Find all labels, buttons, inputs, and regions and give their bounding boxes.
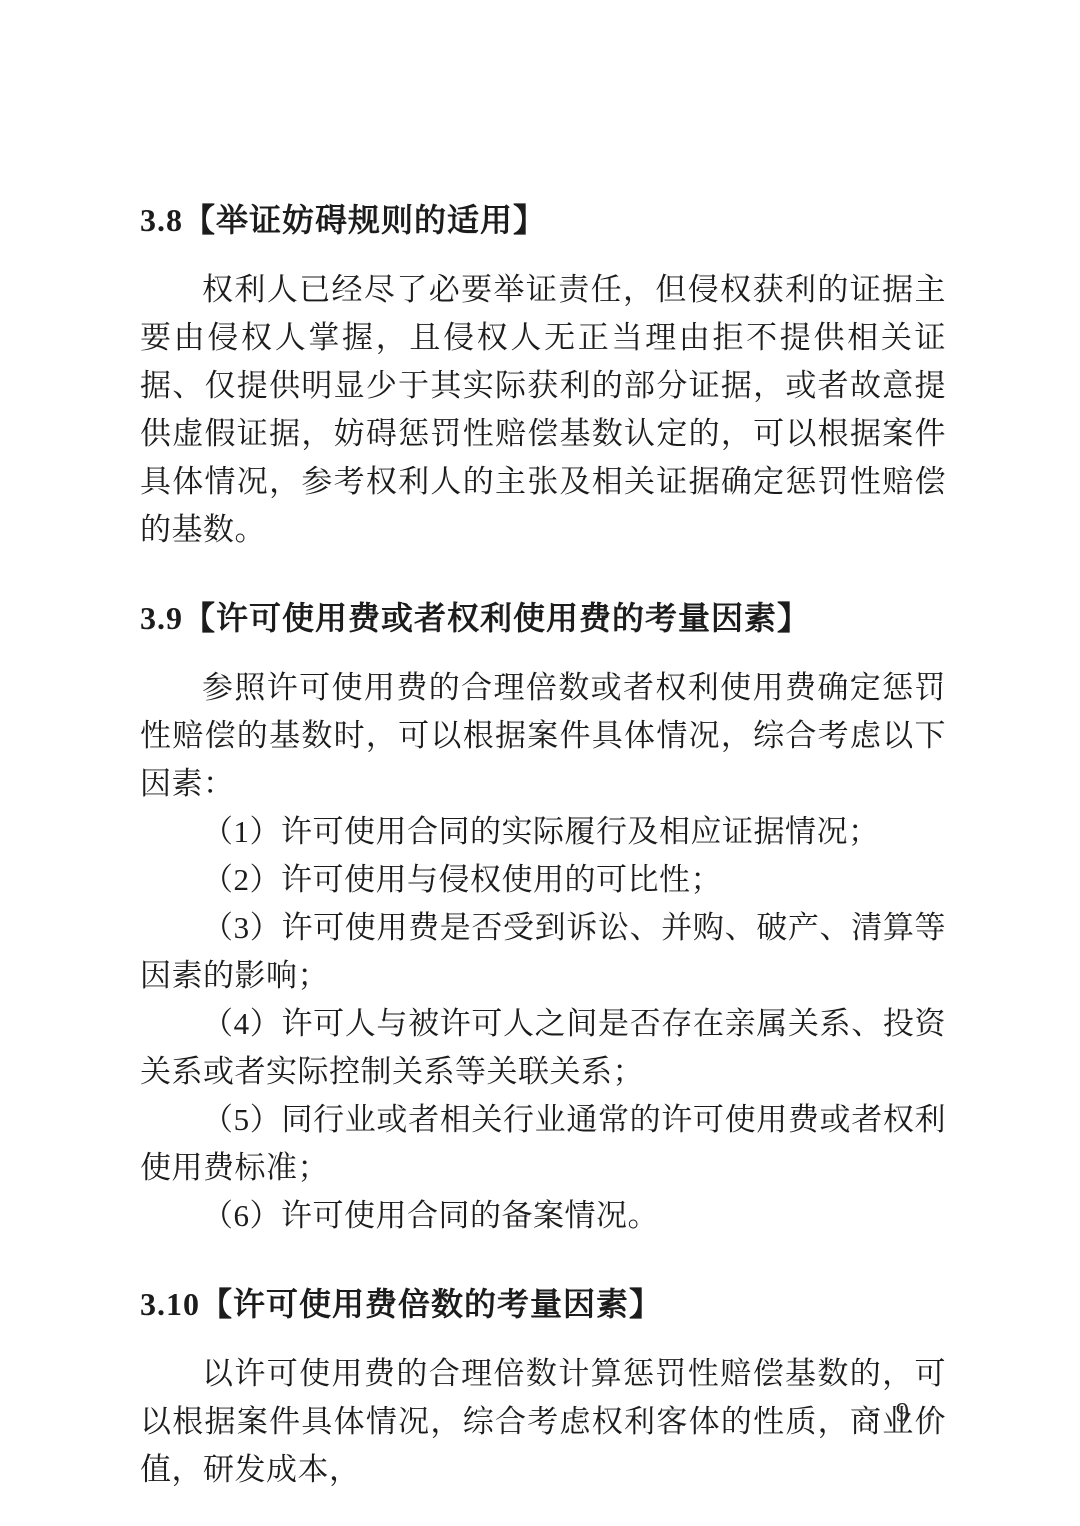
list-item: （1）许可使用合同的实际履行及相应证据情况； xyxy=(140,808,946,856)
section-heading-3-9: 3.9【许可使用费或者权利使用费的考量因素】 xyxy=(140,594,946,642)
section-3-10: 3.10【许可使用费倍数的考量因素】 以许可使用费的合理倍数计算惩罚性赔偿基数的… xyxy=(140,1280,946,1494)
factor-list: （1）许可使用合同的实际履行及相应证据情况； （2）许可使用与侵权使用的可比性；… xyxy=(140,808,946,1240)
document-page: 3.8【举证妨碍规则的适用】 权利人已经尽了必要举证责任，但侵权获利的证据主要由… xyxy=(0,0,1080,1526)
document-content: 3.8【举证妨碍规则的适用】 权利人已经尽了必要举证责任，但侵权获利的证据主要由… xyxy=(140,196,946,1494)
list-item: （6）许可使用合同的备案情况。 xyxy=(140,1192,946,1240)
paragraph: 参照许可使用费的合理倍数或者权利使用费确定惩罚性赔偿的基数时，可以根据案件具体情… xyxy=(140,664,946,808)
section-3-9: 3.9【许可使用费或者权利使用费的考量因素】 参照许可使用费的合理倍数或者权利使… xyxy=(140,594,946,1240)
paragraph: 以许可使用费的合理倍数计算惩罚性赔偿基数的，可以根据案件具体情况，综合考虑权利客… xyxy=(140,1350,946,1494)
list-item: （2）许可使用与侵权使用的可比性； xyxy=(140,856,946,904)
page-number: - 9 - xyxy=(870,1396,940,1428)
paragraph: 权利人已经尽了必要举证责任，但侵权获利的证据主要由侵权人掌握，且侵权人无正当理由… xyxy=(140,266,946,554)
list-item: （5）同行业或者相关行业通常的许可使用费或者权利使用费标准； xyxy=(140,1096,946,1192)
section-heading-3-10: 3.10【许可使用费倍数的考量因素】 xyxy=(140,1280,946,1328)
section-heading-3-8: 3.8【举证妨碍规则的适用】 xyxy=(140,196,946,244)
list-item: （4）许可人与被许可人之间是否存在亲属关系、投资关系或者实际控制关系等关联关系； xyxy=(140,1000,946,1096)
list-item: （3）许可使用费是否受到诉讼、并购、破产、清算等因素的影响； xyxy=(140,904,946,1000)
section-3-8: 3.8【举证妨碍规则的适用】 权利人已经尽了必要举证责任，但侵权获利的证据主要由… xyxy=(140,196,946,554)
